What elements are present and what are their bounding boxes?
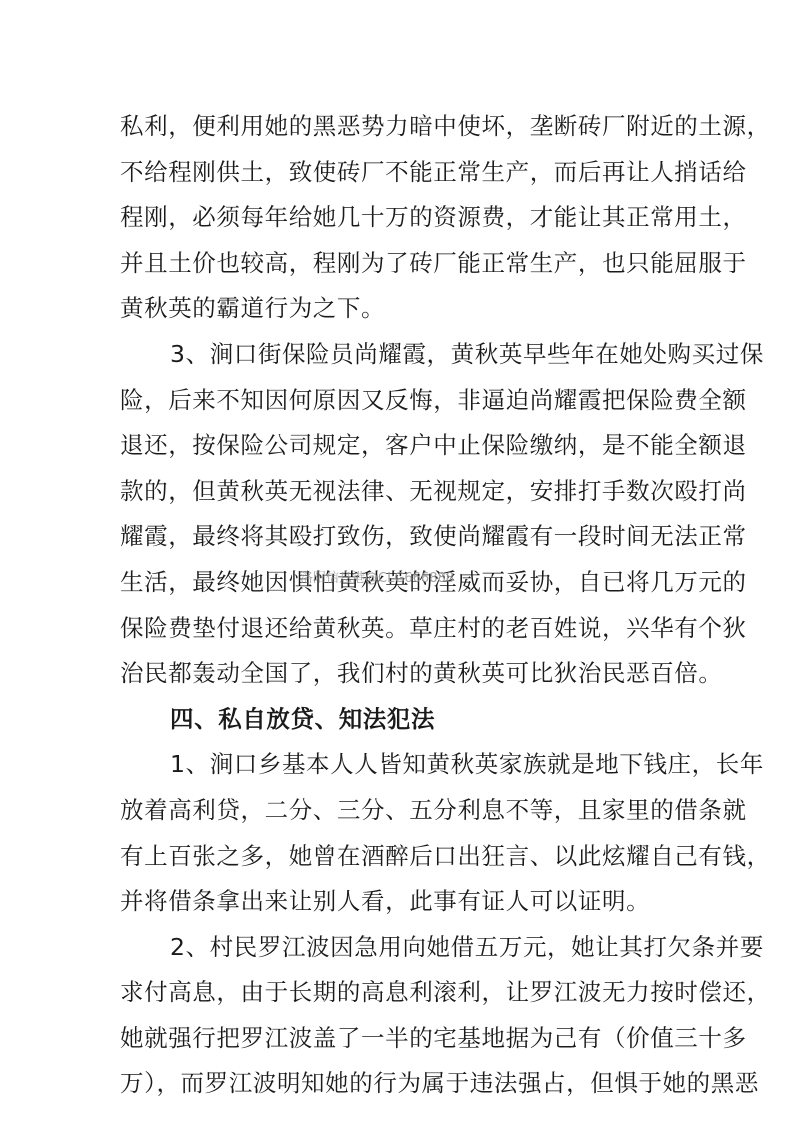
text-line: 万），而罗江波明知她的行为属于违法强占，但惧于她的黑恶 [120, 1061, 682, 1107]
text-line: 黄秋英的霸道行为之下。 [120, 286, 682, 332]
text-line: 有上百张之多，她曾在酒醉后口出狂言、以此炫耀自己有钱， [120, 834, 682, 880]
text-line: 耀霞，最终将其殴打致伤，致使尚耀霞有一段时间无法正常 [120, 514, 682, 560]
text-line: 程刚，必须每年给她几十万的资源费，才能让其正常用土， [120, 195, 682, 241]
paragraph-item-3: 3、涧口街保险员尚耀霞，黄秋英早些年在她处购买过保 险，后来不知因何原因又反悔，… [120, 332, 682, 697]
text-line: 险，后来不知因何原因又反悔，非逼迫尚耀霞把保险费全额 [120, 378, 682, 424]
text-line: 她就强行把罗江波盖了一半的宅基地据为己有（价值三十多 [120, 1016, 682, 1062]
section-heading: 四、私自放贷、知法犯法 [120, 697, 682, 743]
text-line: 并将借条拿出来让别人看，此事有证人可以证明。 [120, 879, 682, 925]
paragraph-section4-item-2: 2、村民罗江波因急用向她借五万元，她让其打欠条并要 求付高息，由于长期的高息利滚… [120, 925, 682, 1107]
paragraph-continuation: 私利，便利用她的黑恶势力暗中使坏，垄断砖厂附近的土源， 不给程刚供土，致使砖厂不… [120, 104, 682, 332]
text-line: 不给程刚供土，致使砖厂不能正常生产，而后再让人捎话给 [120, 150, 682, 196]
document-page: 私利，便利用她的黑恶势力暗中使坏，垄断砖厂附近的土源， 不给程刚供土，致使砖厂不… [120, 104, 682, 1107]
text-line: 3、涧口街保险员尚耀霞，黄秋英早些年在她处购买过保 [120, 332, 682, 378]
watermark: 洛阳信息港@CLG666888 [300, 567, 454, 586]
text-line: 并且土价也较高，程刚为了砖厂能正常生产，也只能屈服于 [120, 241, 682, 287]
text-line: 求付高息，由于长期的高息利滚利，让罗江波无力按时偿还， [120, 970, 682, 1016]
paragraph-section4-item-1: 1、涧口乡基本人人皆知黄秋英家族就是地下钱庄，长年 放着高利贷，二分、三分、五分… [120, 742, 682, 924]
text-line: 治民都轰动全国了，我们村的黄秋英可比狄治民恶百倍。 [120, 651, 682, 697]
text-line: 保险费垫付退还给黄秋英。草庄村的老百姓说，兴华有个狄 [120, 606, 682, 652]
text-line: 1、涧口乡基本人人皆知黄秋英家族就是地下钱庄，长年 [120, 742, 682, 788]
text-line: 放着高利贷，二分、三分、五分利息不等，且家里的借条就 [120, 788, 682, 834]
text-line: 私利，便利用她的黑恶势力暗中使坏，垄断砖厂附近的土源， [120, 104, 682, 150]
text-line: 2、村民罗江波因急用向她借五万元，她让其打欠条并要 [120, 925, 682, 971]
text-line: 退还，按保险公司规定，客户中止保险缴纳，是不能全额退 [120, 423, 682, 469]
text-line: 款的，但黄秋英无视法律、无视规定，安排打手数次殴打尚 [120, 469, 682, 515]
